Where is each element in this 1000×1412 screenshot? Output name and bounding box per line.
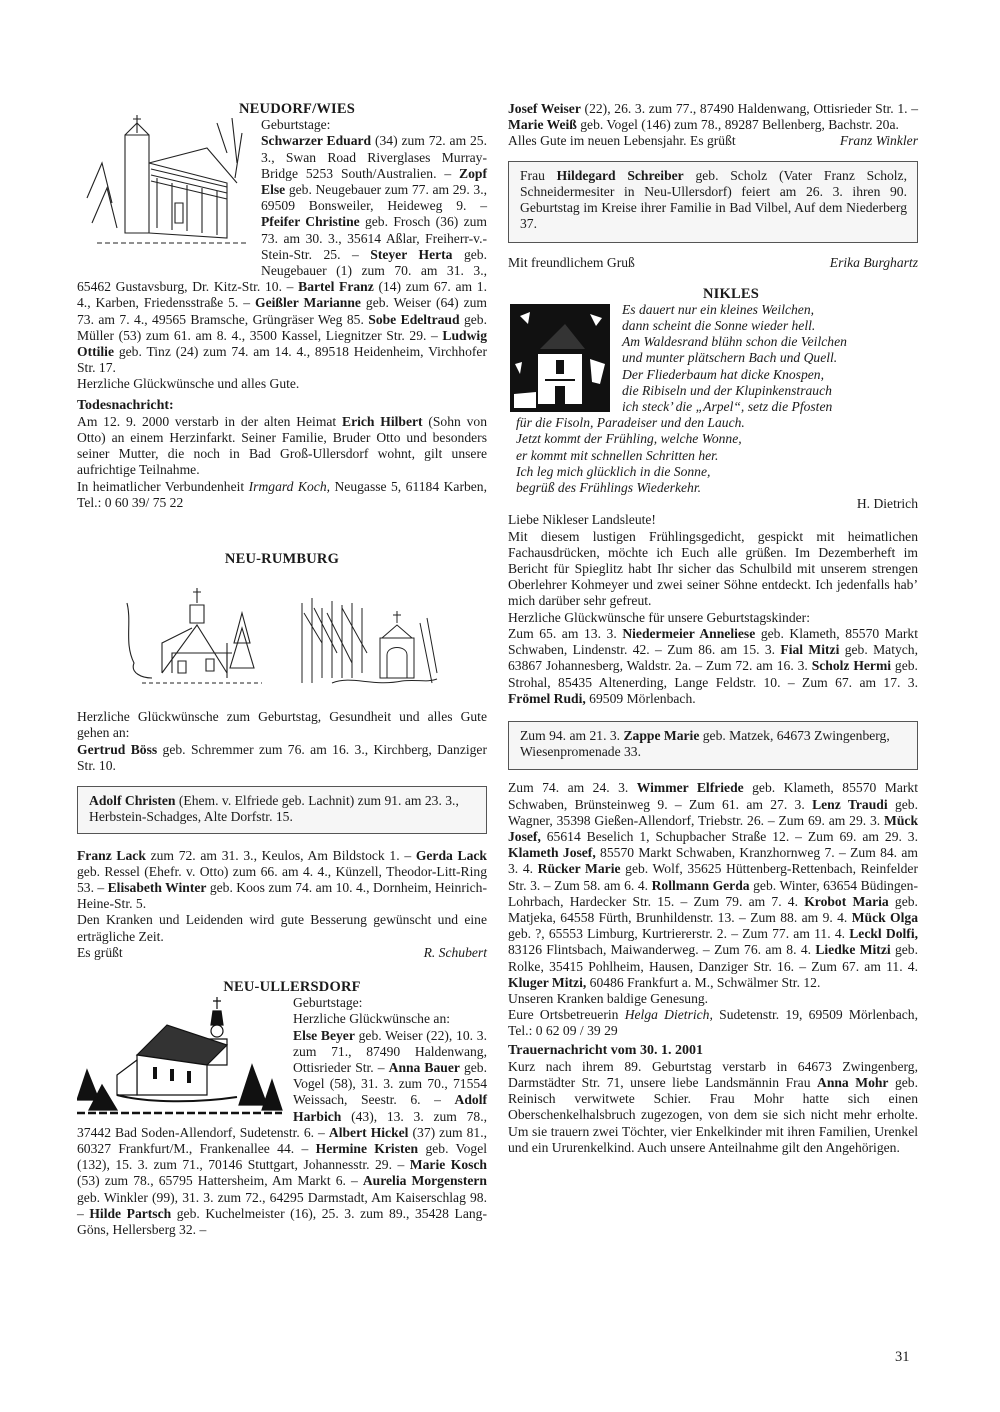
left-column: NEUDORF/WIES Geburtstage: [77,101,487,1238]
person-name: Rollmann Gerda [652,878,750,893]
person-name: Schwarzer Eduard [261,133,371,148]
person-name: Kluger Mitzi, [508,975,586,990]
person-name: Hermine Kristen [316,1141,418,1156]
person-name: Mück Olga [852,910,918,925]
todesnachricht-text: Am 12. 9. 2000 verstarb in der alten Hei… [77,414,487,479]
person-name: Josef Weiser [508,101,581,116]
neu-rumburg-intro: Herzliche Glückwünsche zum Geburtstag, G… [77,709,487,741]
burghartz-signature: Mit freundlichem Gruß Erika Burghartz [508,255,918,271]
nikles-entries-b: Zum 74. am 24. 3. Wimmer Elfriede geb. K… [508,780,918,991]
person-name: Gerda Lack [416,848,487,863]
person-name: Franz Lack [77,848,146,863]
nikles-intro: Herzliche Glückwünsche für unsere Geburt… [508,610,918,626]
poem-author: H. Dietrich [508,496,918,512]
person-name: Erich Hilbert [342,414,423,429]
church-drawing-neudorf [77,103,253,263]
person-name: Marie Kosch [410,1157,487,1172]
person-name: Adolf Christen [89,793,175,808]
person-name: Krobot Maria [804,894,889,909]
section-neu-ullersdorf: NEU-ULLERSDORF Geburts [77,979,487,1238]
person-name: Hildegard Schreiber [557,168,684,183]
signature-name: R. Schubert [424,945,487,961]
person-name: Steyer Herta [370,247,452,262]
section-nikles: NIKLES Es dauert nur ein kleines [508,286,918,1156]
section-neudorf-wies: NEUDORF/WIES Geburtstage: [77,101,487,511]
person-name: Marie Weiß [508,117,577,132]
person-name: Aurelia Morgenstern [363,1173,487,1188]
nikles-photo [510,304,610,412]
neu-rumburg-drawings [77,581,487,691]
neu-ullersdorf-entries-continued: Josef Weiser (22), 26. 3. zum 77., 87490… [508,101,918,133]
person-name: Albert Hickel [329,1125,409,1140]
chapel-sketch-icon [122,583,272,691]
signature-name: Helga Dietrich, [625,1007,713,1022]
nikles-entries-a: Zum 65. am 13. 3. Niedermeier Anneliese … [508,626,918,707]
person-name: Bartel Franz [298,279,374,294]
nikles-letter: Mit diesem lustigen Frühlingsgedicht, ge… [508,529,918,610]
person-name: Else Beyer [293,1028,355,1043]
person-name: Gertrud Böss [77,742,157,757]
person-name: Lenz Traudi [812,797,888,812]
signature-name: Franz Winkler [840,133,918,149]
person-name: Scholz Hermi [812,658,891,673]
neu-rumburg-signature: Es grüßt R. Schubert [77,945,487,961]
person-name: Anna Bauer [389,1060,460,1075]
person-name: Rücker Marie [538,861,621,876]
person-name: Wimmer Elfriede [637,780,744,795]
page-number: 31 [895,1349,910,1365]
section-neu-rumburg: NEU-RUMBURG [77,551,487,961]
neu-rumburg-closing: Den Kranken und Leidenden wird gute Bess… [77,912,487,944]
person-name: Hilde Partsch [89,1206,171,1221]
church-illustration-icon [77,995,285,1119]
neudorf-closing: Herzliche Glückwünsche und alles Gute. [77,376,487,392]
person-name: Geißler Marianne [255,295,361,310]
highlight-box-zappe-marie: Zum 94. am 21. 3. Zappe Marie geb. Matze… [508,721,918,770]
signature-name: Irmgard Koch, [249,479,330,494]
signature-name: Erika Burghartz [830,255,918,271]
trauernachricht-text: Kurz nach ihrem 89. Geburtstag verstarb … [508,1059,918,1156]
todesnachricht-heading: Todesnachricht: [77,398,487,414]
person-name: Zappe Marie [623,728,699,743]
section-title: NIKLES [508,286,918,302]
highlight-box-hildegard-schreiber: Frau Hildegard Schreiber geb. Scholz (Va… [508,161,918,244]
person-name: Frömel Rudi, [508,691,586,706]
person-name: Anna Mohr [817,1075,888,1090]
church-sketch-icon [77,103,253,263]
person-name: Sobe Edeltraud [368,312,459,327]
section-neu-ullersdorf-continued: Josef Weiser (22), 26. 3. zum 77., 87490… [508,101,918,272]
person-name: Pfeifer Christine [261,214,360,229]
nikles-salutation: Liebe Nikleser Landsleute! [508,512,918,528]
person-name: Elisabeth Winter [108,880,207,895]
neu-ullersdorf-signature: Alles Gute im neuen Lebensjahr. Es grüßt… [508,133,918,149]
right-column: Josef Weiser (22), 26. 3. zum 77., 87490… [508,101,918,1156]
person-name: Klameth Josef, [508,845,596,860]
person-name: Fial Mitzi [780,642,839,657]
neudorf-signature: In heimatlicher Verbundenheit Irmgard Ko… [77,479,487,511]
person-name: Liedke Mitzi [815,942,890,957]
trauernachricht-heading: Trauernachricht vom 30. 1. 2001 [508,1043,918,1059]
church-drawing-neu-ullersdorf [77,995,285,1119]
highlight-box-adolf-christen: Adolf Christen (Ehem. v. Elfriede geb. L… [77,786,487,833]
neu-rumburg-entry: Gertrud Böss geb. Schremmer zum 76. am 1… [77,742,487,774]
person-name: Leckl Dolfi, [849,926,918,941]
nikles-kranken: Unseren Kranken baldige Genesung. [508,991,918,1007]
church-woodcut-icon [510,304,610,412]
section-title: NEU-RUMBURG [77,551,487,567]
neu-rumburg-entries: Franz Lack zum 72. am 31. 3., Keulos, Am… [77,848,487,913]
nikles-signature: Eure Ortsbetreuerin Helga Dietrich, Sude… [508,1007,918,1039]
gate-chapel-sketch-icon [292,583,442,691]
section-title: NEU-ULLERSDORF [77,979,487,995]
person-name: Niedermeier Anneliese [622,626,755,641]
